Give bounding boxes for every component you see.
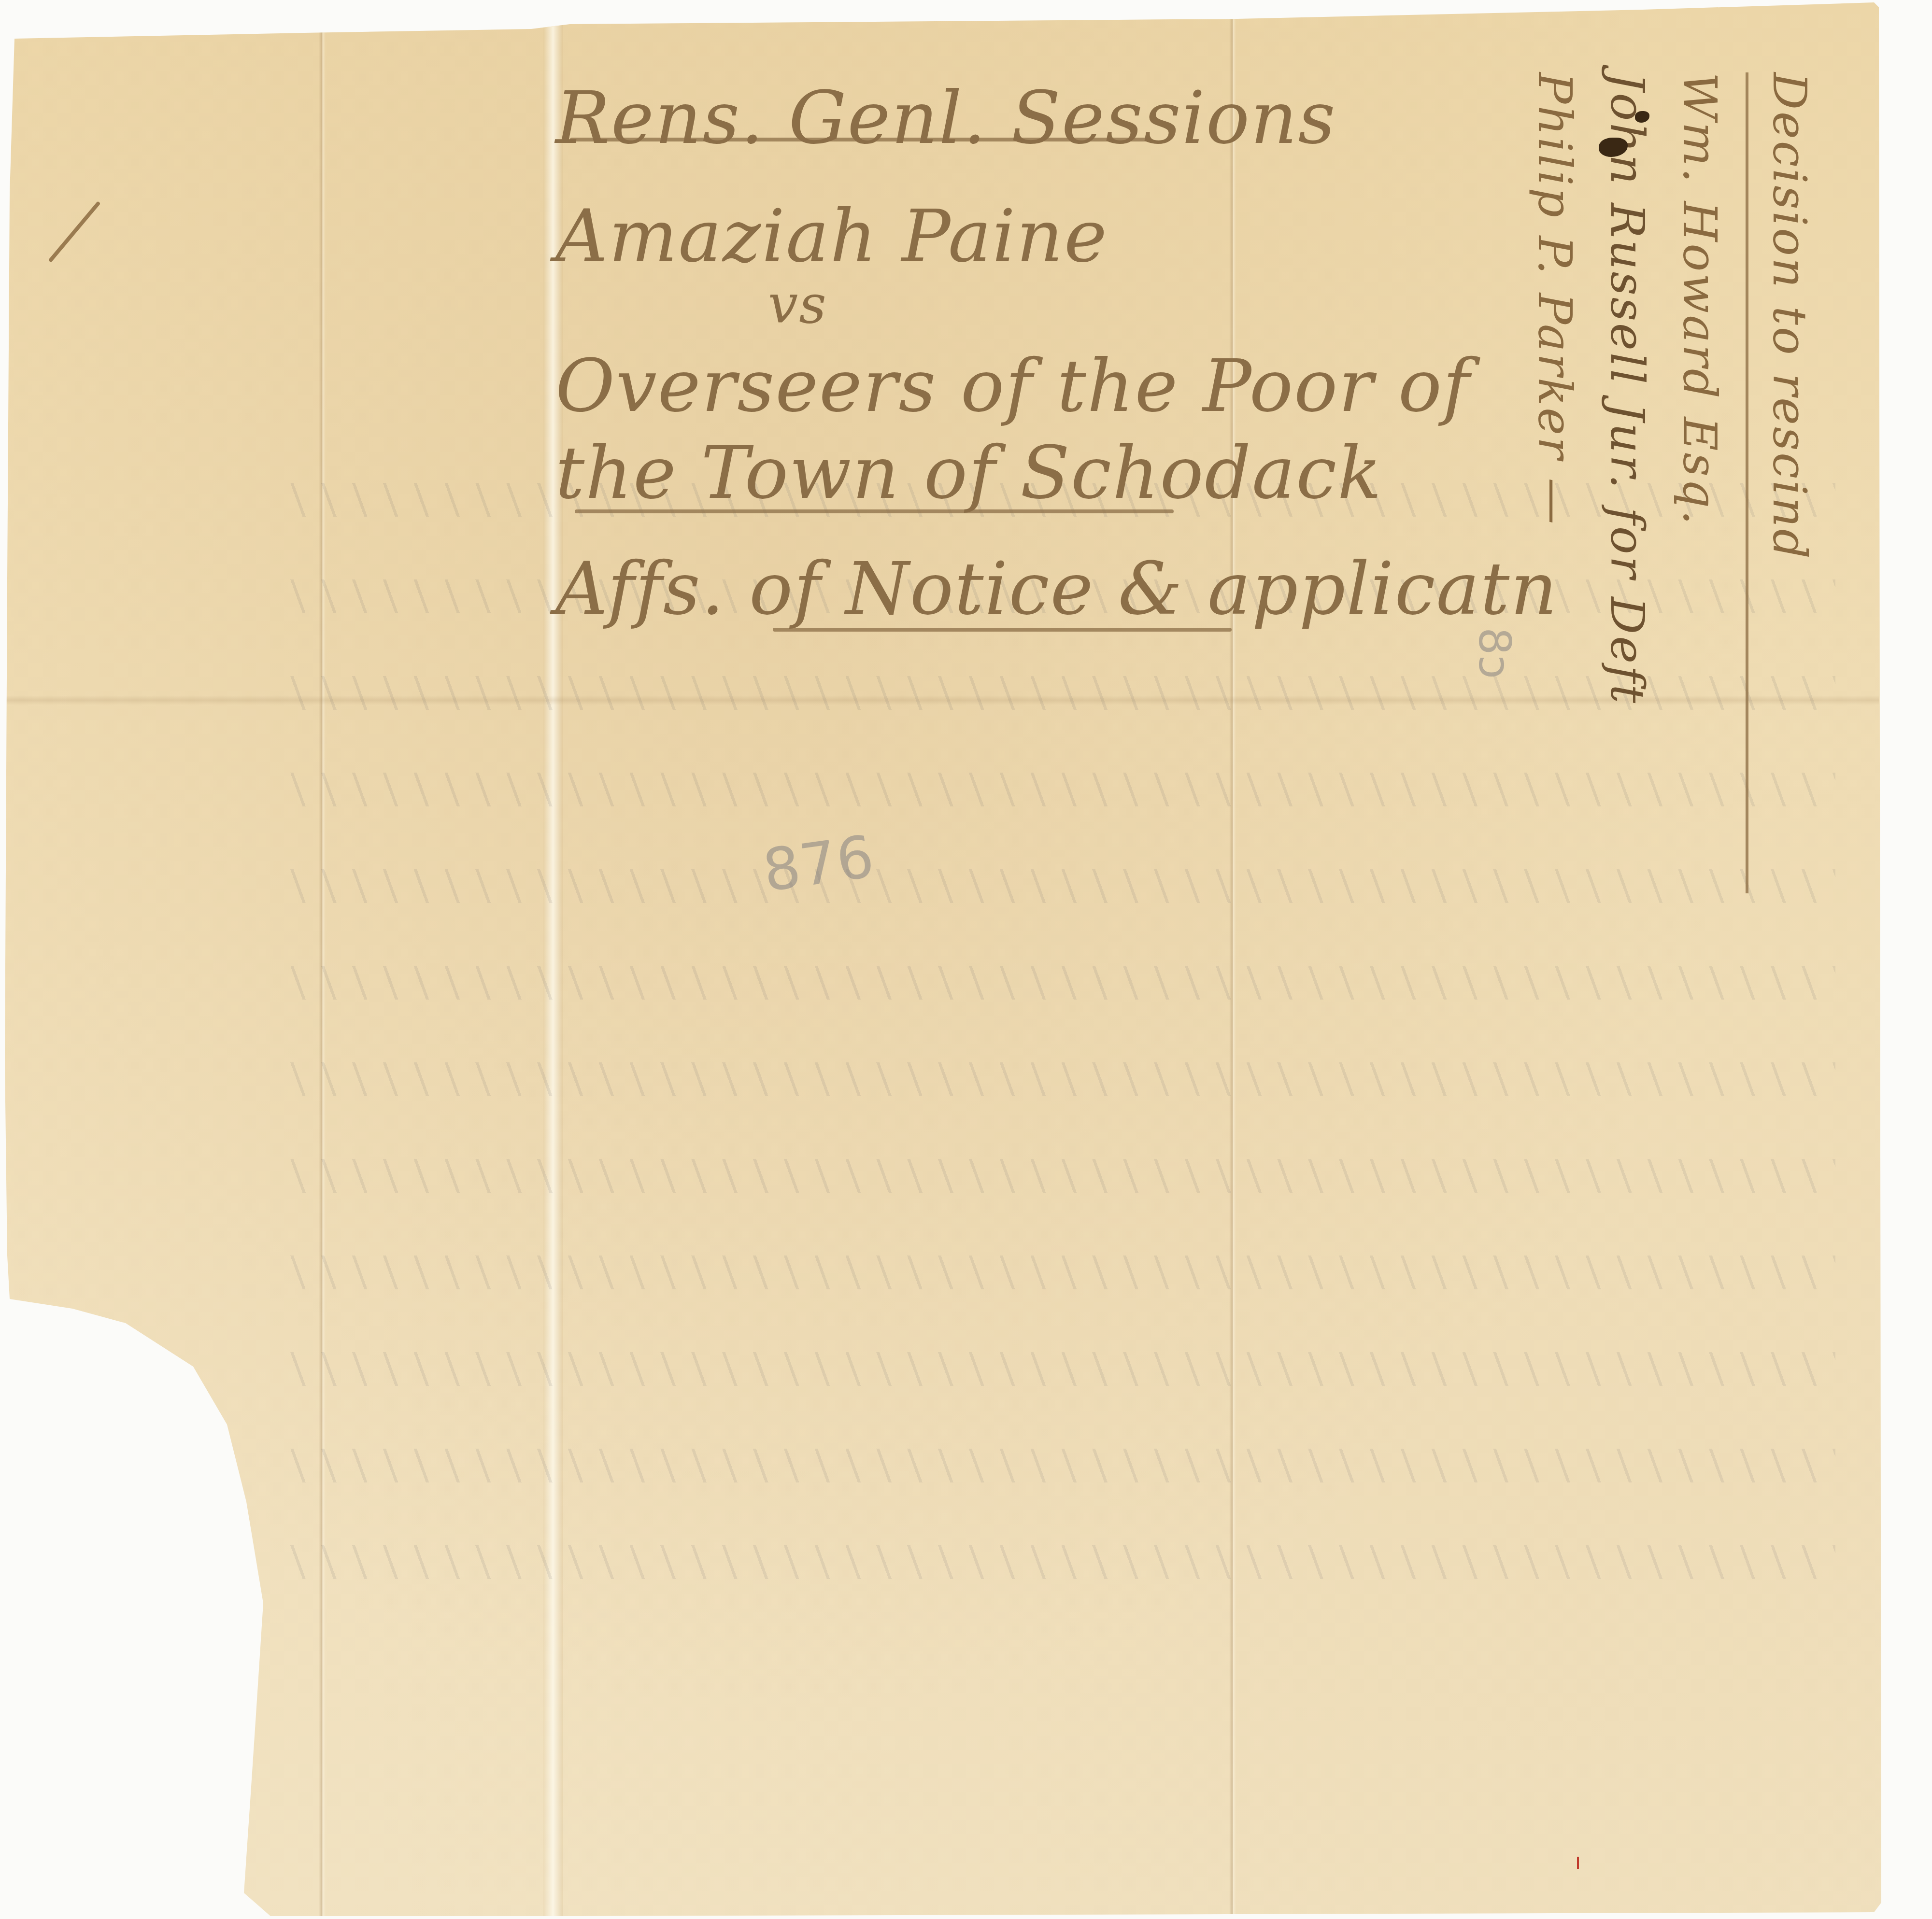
- court-name: Rens. Genl. Sessions: [555, 82, 1232, 155]
- scanned-document: Rens. Genl. Sessions Amaziah Paine vs Ov…: [0, 0, 1932, 1919]
- defendant-line-1: Overseers of the Poor of: [555, 350, 1232, 423]
- side-heading: Decision to rescind: [1753, 72, 1826, 893]
- document-description: Affs. of Notice & applicatn: [555, 553, 1232, 625]
- side-rule: [1746, 72, 1748, 893]
- margin-stroke: [48, 201, 101, 263]
- pencil-catalog-number: 876: [759, 823, 878, 905]
- red-fleck: [1577, 1857, 1579, 1869]
- docket-endorsement: Rens. Genl. Sessions Amaziah Paine vs Ov…: [555, 72, 1232, 625]
- side-line: Philip P. Parker —: [1519, 72, 1591, 893]
- underline-rule: [575, 509, 1174, 513]
- defendant-line-2: the Town of Schodack: [555, 437, 1232, 509]
- side-line: Wm. Howard Esq.: [1663, 72, 1736, 893]
- side-line: John Russell Jur. for Deft: [1591, 72, 1663, 893]
- underline-rule: [773, 628, 1232, 632]
- versus-label: vs: [555, 278, 1232, 331]
- vertical-fold-line: [319, 19, 326, 1917]
- pencil-side-mark: 8ɔ: [1469, 627, 1520, 679]
- side-endorsement: Decision to rescind Wm. Howard Esq. John…: [1519, 72, 1826, 893]
- underline-rule: [570, 138, 1150, 141]
- plaintiff-name: Amaziah Paine: [555, 200, 1232, 273]
- paper-sheet: Rens. Genl. Sessions Amaziah Paine vs Ov…: [0, 0, 1932, 1919]
